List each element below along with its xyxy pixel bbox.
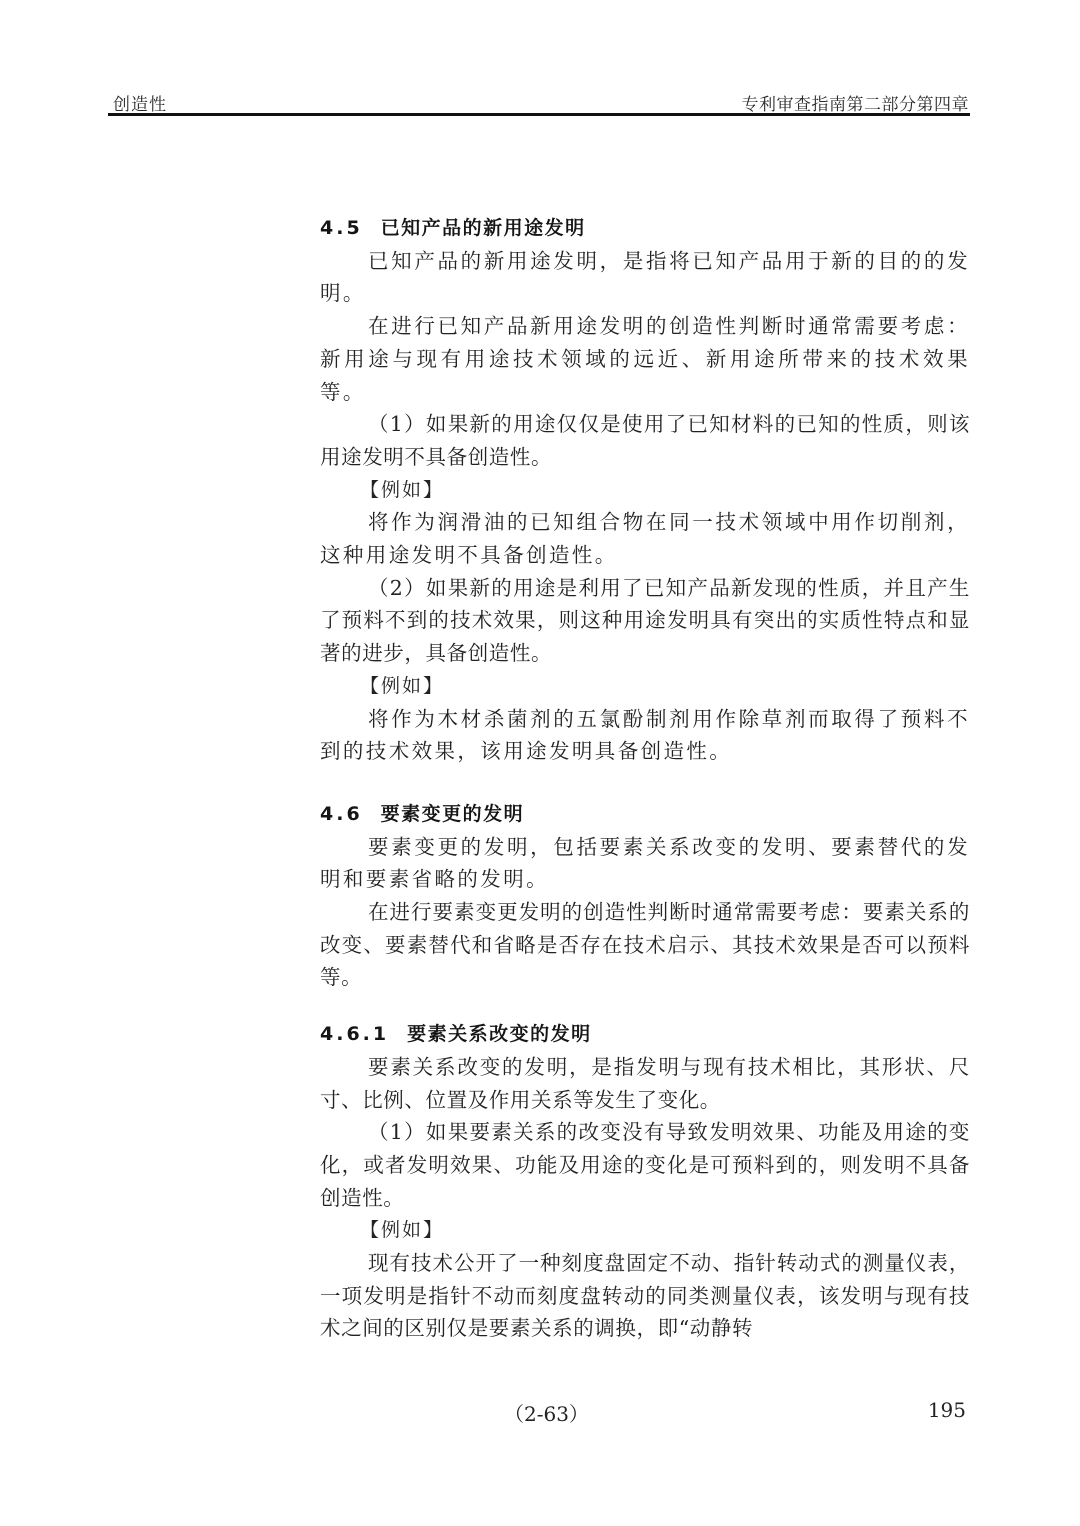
- example-label: 【例如】: [320, 670, 970, 703]
- running-header: 创造性 专利审查指南第二部分第四章: [113, 86, 969, 114]
- paragraph: （1）如果要素关系的改变没有导致发明效果、功能及用途的变化，或者发明效果、功能及…: [320, 1116, 970, 1214]
- example-text: 将作为润滑油的已知组合物在同一技术领域中用作切削剂，这种用途发明不具备创造性。: [320, 506, 970, 571]
- example-label: 【例如】: [320, 474, 970, 507]
- section-title: 已知产品的新用途发明: [381, 217, 586, 239]
- paragraph: 已知产品的新用途发明，是指将已知产品用于新的目的的发明。: [320, 245, 970, 310]
- paragraph: 要素关系改变的发明，是指发明与现有技术相比，其形状、尺寸、比例、位置及作用关系等…: [320, 1051, 970, 1116]
- header-book-part: 专利审查指南第二部分第四章: [742, 90, 970, 115]
- section-heading-4-6: 4.6要素变更的发明: [320, 798, 970, 831]
- section-number: 4.5: [320, 212, 363, 245]
- section-spacer: [320, 768, 970, 798]
- footer-page-number: 195: [928, 1398, 966, 1422]
- paragraph: 在进行要素变更发明的创造性判断时通常需要考虑：要素关系的改变、要素替代和省略是否…: [320, 896, 970, 994]
- paragraph: 要素变更的发明，包括要素关系改变的发明、要素替代的发明和要素省略的发明。: [320, 831, 970, 896]
- section-title: 要素变更的发明: [381, 803, 525, 825]
- section-title: 要素关系改变的发明: [407, 1023, 592, 1045]
- section-heading-4-5: 4.5已知产品的新用途发明: [320, 212, 970, 245]
- example-text: 将作为木材杀菌剂的五氯酚制剂用作除草剂而取得了预料不到的技术效果，该用途发明具备…: [320, 703, 970, 768]
- example-text: 现有技术公开了一种刻度盘固定不动、指针转动式的测量仪表，一项发明是指针不动而刻度…: [320, 1247, 970, 1345]
- paragraph: （1）如果新的用途仅仅是使用了已知材料的已知的性质，则该用途发明不具备创造性。: [320, 408, 970, 473]
- paragraph: 在进行已知产品新用途发明的创造性判断时通常需要考虑：新用途与现有用途技术领域的远…: [320, 310, 970, 408]
- section-heading-4-6-1: 4.6.1要素关系改变的发明: [320, 1018, 970, 1051]
- section-number: 4.6.1: [320, 1018, 389, 1051]
- header-chapter-topic: 创造性: [113, 90, 167, 115]
- section-number: 4.6: [320, 798, 363, 831]
- example-label: 【例如】: [320, 1214, 970, 1247]
- paragraph: （2）如果新的用途是利用了已知产品新发现的性质，并且产生了预料不到的技术效果，则…: [320, 572, 970, 670]
- header-rule-divider: [108, 113, 970, 116]
- section-spacer: [320, 994, 970, 1018]
- footer-section-page: （2-63）: [504, 1398, 589, 1427]
- page-body: 4.5已知产品的新用途发明 已知产品的新用途发明，是指将已知产品用于新的目的的发…: [320, 212, 970, 1345]
